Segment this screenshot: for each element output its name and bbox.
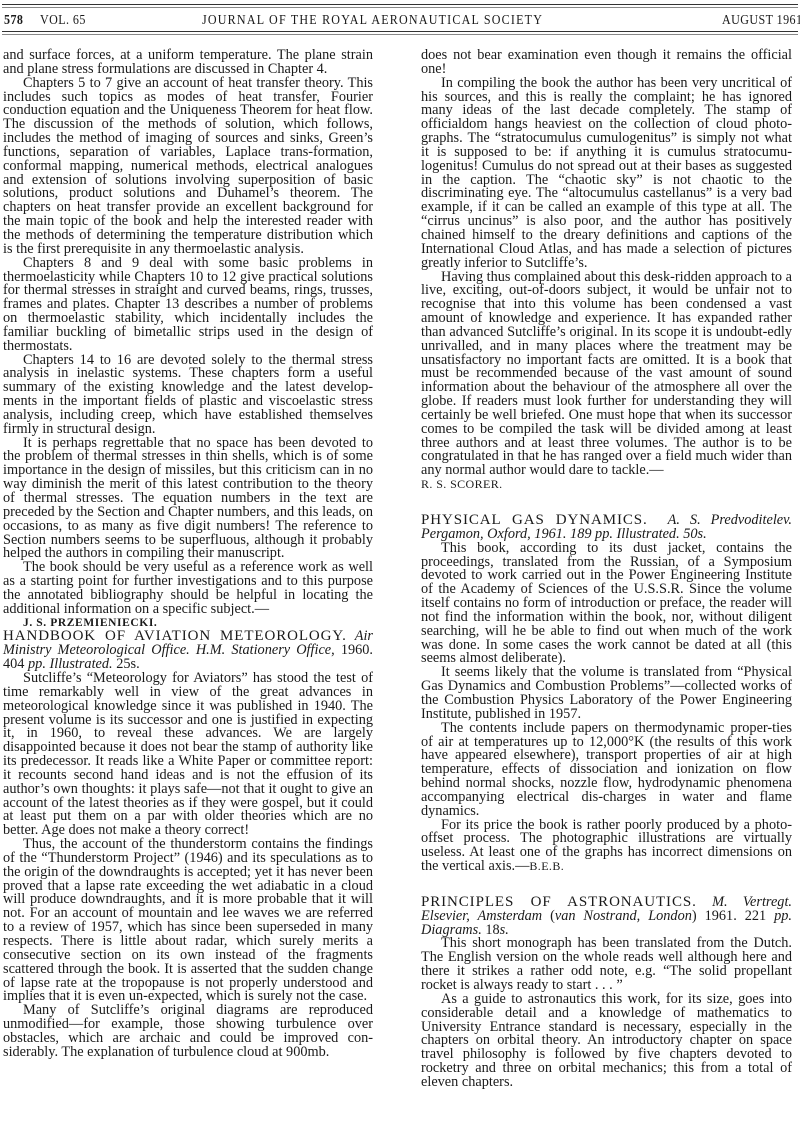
paragraph: As a guide to astronautics this work, fo… xyxy=(421,993,792,1090)
review-heading: HANDBOOK OF AVIATION METEOROLOGY. Air Mi… xyxy=(3,630,373,672)
book-distributor: van Nostrand, London xyxy=(555,908,692,924)
paragraph-with-signature: For its price the book is rather poorly … xyxy=(421,819,792,874)
paragraph: Thus, the account of the thunderstorm co… xyxy=(3,838,373,1004)
paragraph: This book, according to its dust jacket,… xyxy=(421,542,792,667)
review-heading: PHYSICAL GAS DYNAMICS. A. S. Predvoditel… xyxy=(421,514,792,542)
paragraph-text: For its price the book is rather poorly … xyxy=(421,817,792,875)
review-principles-of-astronautics: PRINCIPLES OF ASTRONAUTICS. M. Vertregt.… xyxy=(421,896,792,1090)
paragraph: In compiling the book the author has bee… xyxy=(421,77,792,271)
paragraph: does not bear examination even though it… xyxy=(421,49,792,77)
review-thermal-stresses-continued: and surface forces, at a uniform tempera… xyxy=(3,49,373,630)
reviewer-signature: B.E.B. xyxy=(529,859,564,873)
paragraph: and surface forces, at a uniform tempera… xyxy=(3,49,373,77)
paragraph: The book should be very useful as a refe… xyxy=(3,561,373,616)
book-pages: 404 xyxy=(3,656,24,672)
paragraph: Chapters 5 to 7 give an account of heat … xyxy=(3,77,373,257)
header-rule-bottom-thin xyxy=(2,34,798,35)
reviewer-signature-line: R. S. SCORER. xyxy=(421,478,792,492)
page-number: 578 xyxy=(4,13,23,29)
issue-date: AUGUST 1961 xyxy=(722,13,800,29)
journal-title: JOURNAL OF THE ROYAL AERONAUTICAL SOCIET… xyxy=(202,13,543,29)
review-aviation-meteorology-continued: does not bear examination even though it… xyxy=(421,49,792,492)
paragraph: It seems likely that the volume is trans… xyxy=(421,666,792,721)
review-physical-gas-dynamics: PHYSICAL GAS DYNAMICS. A. S. Predvoditel… xyxy=(421,514,792,874)
paragraph: This short monograph has been translated… xyxy=(421,937,792,992)
header-rule-top-thin xyxy=(2,7,798,8)
paragraph: Chapters 14 to 16 are devoted solely to … xyxy=(3,354,373,437)
left-column: and surface forces, at a uniform tempera… xyxy=(3,49,373,1060)
paragraph: The contents include papers on thermodyn… xyxy=(421,722,792,819)
paren-open: ( xyxy=(542,908,555,924)
volume-label: VOL. 65 xyxy=(40,13,86,29)
review-heading: PRINCIPLES OF ASTRONAUTICS. M. Vertregt.… xyxy=(421,896,792,938)
running-header: 578 VOL. 65 JOURNAL OF THE ROYAL AERONAU… xyxy=(2,4,798,28)
paragraph: It is perhaps regrettable that no space … xyxy=(3,437,373,562)
paragraph: Having thus complained about this desk-r… xyxy=(421,271,792,479)
right-column: does not bear examination even though it… xyxy=(421,49,792,1090)
paragraph: Many of Sutcliffe’s original diagrams ar… xyxy=(3,1004,373,1059)
book-year: , 1960. xyxy=(331,642,373,658)
reviewer-signature: R. S. SCORER. xyxy=(421,477,503,491)
review-aviation-meteorology: HANDBOOK OF AVIATION METEOROLOGY. Air Mi… xyxy=(3,630,373,1059)
paragraph: Chapters 8 and 9 deal with some basic pr… xyxy=(3,257,373,354)
paragraph: Sutcliffe’s “Meteorology for Aviators” h… xyxy=(3,672,373,838)
book-year-pages: ) 1961. 221 xyxy=(692,908,774,924)
header-rule-bottom xyxy=(2,31,798,32)
header-rule-top xyxy=(2,4,798,5)
